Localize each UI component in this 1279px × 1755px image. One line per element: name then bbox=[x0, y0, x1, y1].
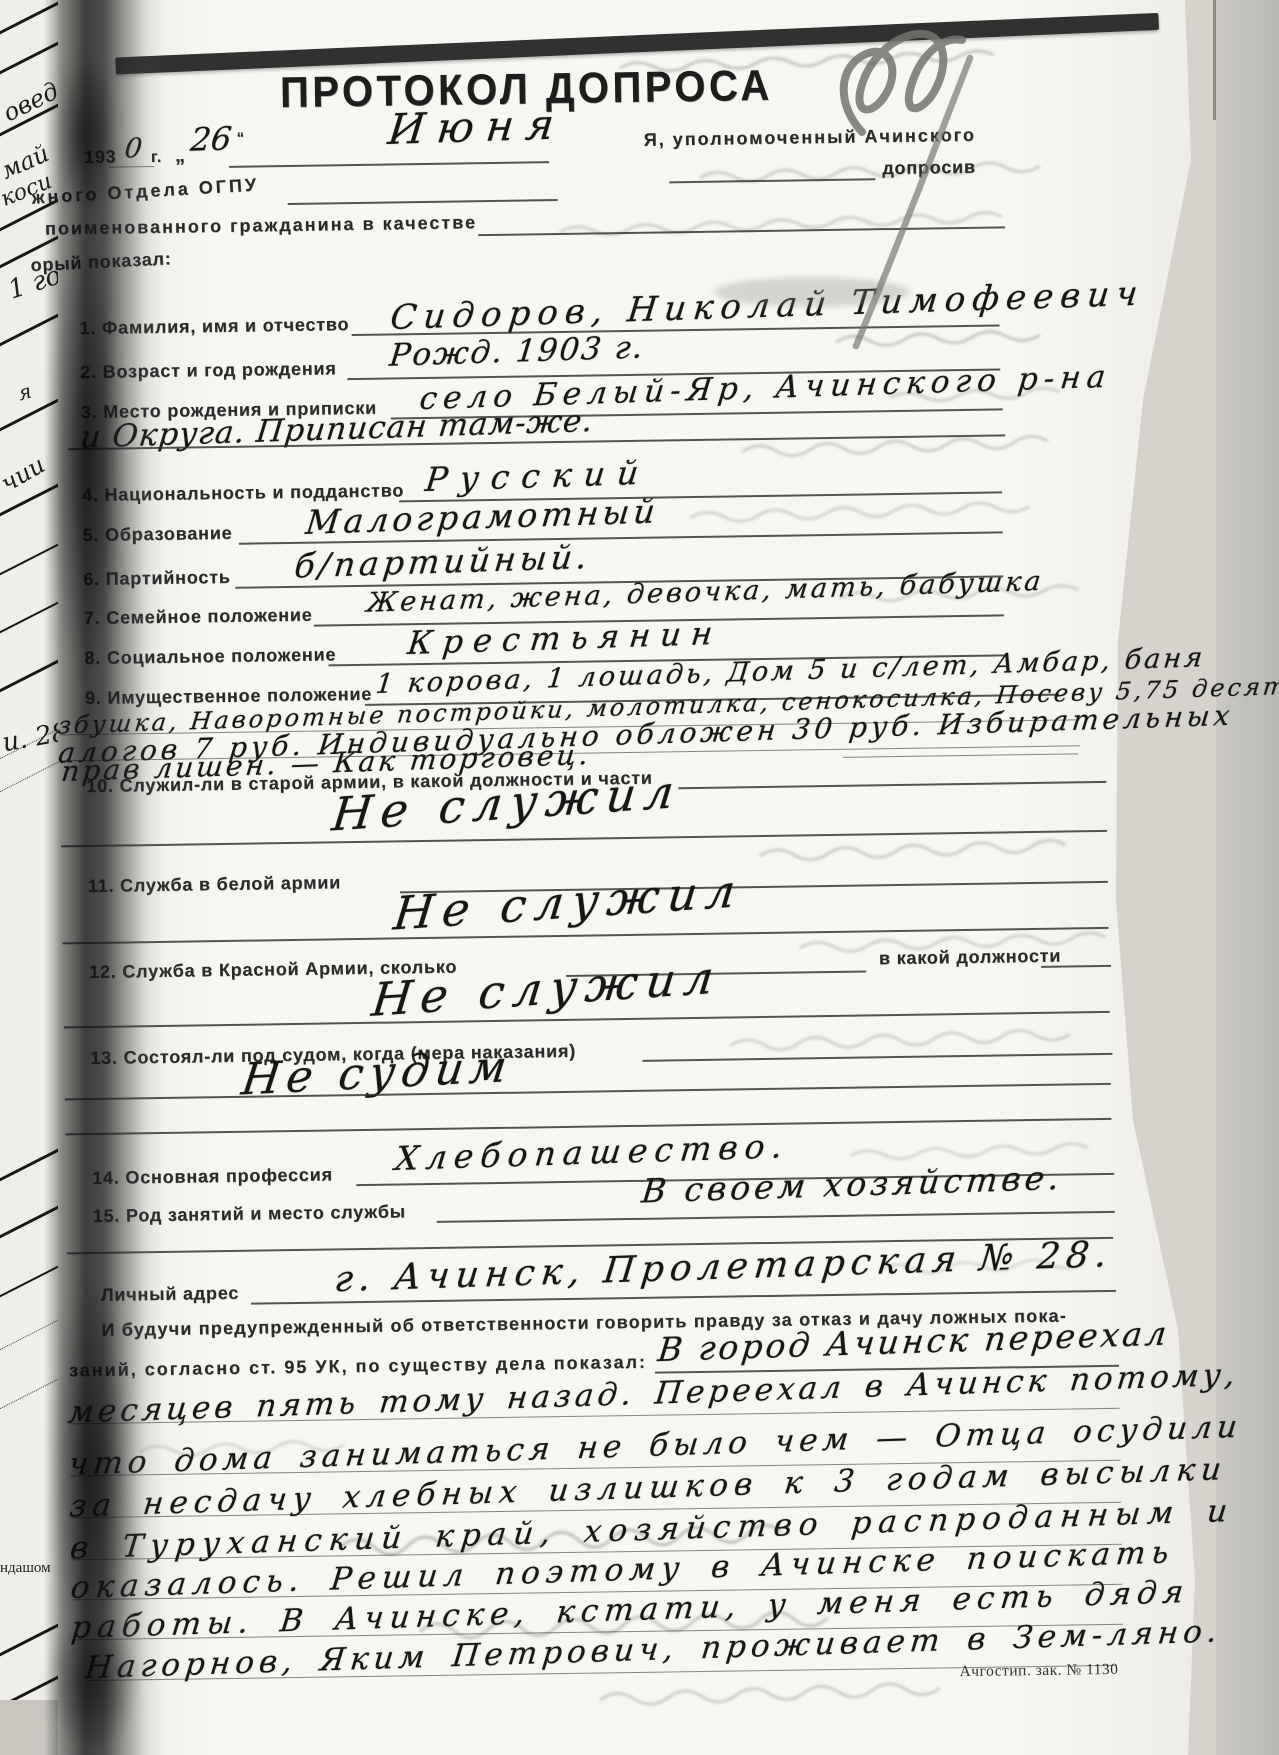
address-label: Личный адрес bbox=[101, 1283, 240, 1306]
field-label: 7. Семейное положение bbox=[84, 605, 313, 629]
ruled-line bbox=[1041, 965, 1111, 968]
field-value-handwritten: Не служил bbox=[391, 863, 746, 940]
field-label: 5. Образование bbox=[82, 523, 232, 546]
ruled-line bbox=[63, 927, 1109, 945]
ruled-line bbox=[478, 226, 1005, 236]
ruled-line bbox=[288, 199, 558, 205]
ruled-line bbox=[65, 1083, 1111, 1101]
interrogator-line: Я, уполномоченный Ачинского bbox=[644, 125, 976, 151]
testified-line: орый показал: bbox=[30, 248, 172, 276]
ruled-line bbox=[642, 1053, 1112, 1062]
ruled-line bbox=[678, 781, 1106, 789]
field-label: 11. Служба в белой армии bbox=[88, 872, 342, 897]
ruled-line bbox=[437, 1211, 1115, 1223]
field-label: 8. Социальное положение bbox=[84, 644, 336, 669]
ruled-line bbox=[843, 753, 1078, 757]
scanned-document-page: { "page": { "title": "ПРОТОКОЛ ДОПРОСА",… bbox=[0, 0, 1279, 1755]
ruled-line bbox=[61, 830, 1107, 848]
ruled-line bbox=[64, 1011, 1110, 1029]
field-value-handwritten: Крестьянин bbox=[406, 614, 725, 662]
ruled-line bbox=[109, 166, 154, 168]
year-suffix: г. bbox=[151, 149, 162, 167]
open-quote: „ bbox=[175, 144, 186, 167]
interrogated-word: допросив bbox=[882, 157, 976, 179]
field-label: 6. Партийность bbox=[83, 567, 231, 590]
citizen-line: поименованного гражданина в качестве bbox=[45, 212, 477, 239]
field-label-2: в какой должности bbox=[879, 946, 1062, 970]
year-digit-handwritten: 0 bbox=[123, 133, 144, 165]
field-label: 1. Фамилия, имя и отчество bbox=[79, 314, 349, 339]
department-line: жного Отдела ОГПУ bbox=[31, 174, 260, 208]
month-handwritten: Июня bbox=[386, 99, 569, 154]
ruled-line bbox=[229, 161, 549, 168]
year-prefix: 193 bbox=[84, 147, 117, 168]
printer-imprint: Ачгостип. зак. № 1130 bbox=[959, 1661, 1118, 1681]
ruled-line bbox=[669, 178, 875, 183]
field-label: 15. Род занятий и место службы bbox=[93, 1201, 407, 1227]
field-value-handwritten: Рожд. 1903 г. bbox=[388, 329, 647, 373]
close-quote: “ bbox=[237, 130, 246, 147]
field-label: 2. Возраст и год рождения bbox=[80, 358, 337, 383]
warning-line-2: заний, согласно ст. 95 УК, по существу д… bbox=[69, 1352, 647, 1382]
day-handwritten: 26 bbox=[189, 119, 234, 158]
field-value-handwritten: б/партийный. bbox=[293, 537, 593, 586]
field-label: 14. Основная профессия bbox=[92, 1164, 333, 1189]
form-content: ПРОТОКОЛ ДОПРОСА 193 0 г. „ 26 “ Июня Я,… bbox=[0, 0, 1279, 1755]
